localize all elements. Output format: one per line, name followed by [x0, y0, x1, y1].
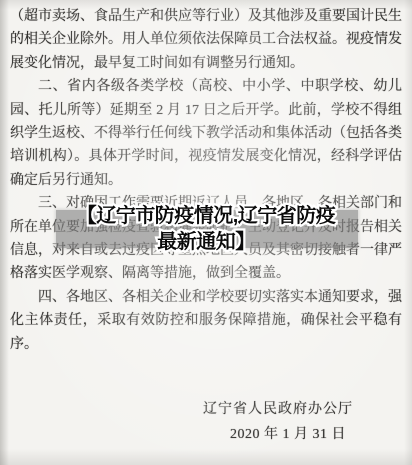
headline-line2-text: 最新通知】: [0, 229, 412, 255]
headline-line1-text: 【辽宁市防疫情况,辽宁省防疫: [0, 203, 412, 229]
issue-date: 2020 年 1 月 31 日: [0, 422, 412, 447]
document-body: （超市卖场、食品生产和供应等行业）及其他涉及重要国计民生的相关企业除外。用人单位…: [10, 5, 402, 356]
paragraph-continuation: （超市卖场、食品生产和供应等行业）及其他涉及重要国计民生的相关企业除外。用人单位…: [10, 5, 402, 75]
headline-line1: 【辽宁市防疫情况,辽宁省防疫 【辽宁市防疫情况,辽宁省防疫: [0, 203, 412, 229]
headline-overlay: 【辽宁市防疫情况,辽宁省防疫 【辽宁市防疫情况,辽宁省防疫 最新通知】 最新通知…: [0, 203, 412, 255]
issuing-office: 辽宁省人民政府办公厅: [0, 397, 412, 422]
document-photo: （超市卖场、食品生产和供应等行业）及其他涉及重要国计民生的相关企业除外。用人单位…: [0, 0, 412, 465]
paragraph-item-2: 二、省内各级各类学校（高校、中小学、中职学校、幼儿园、托儿所等）延期至 2 月 …: [10, 75, 402, 192]
signature-block: 辽宁省人民政府办公厅 2020 年 1 月 31 日: [0, 397, 412, 447]
headline-line2: 最新通知】 最新通知】: [0, 229, 412, 255]
paragraph-item-4: 四、各地区、各相关企业和学校要切实落实本通知要求，强化主体责任，采取有效防控和服…: [10, 286, 402, 356]
